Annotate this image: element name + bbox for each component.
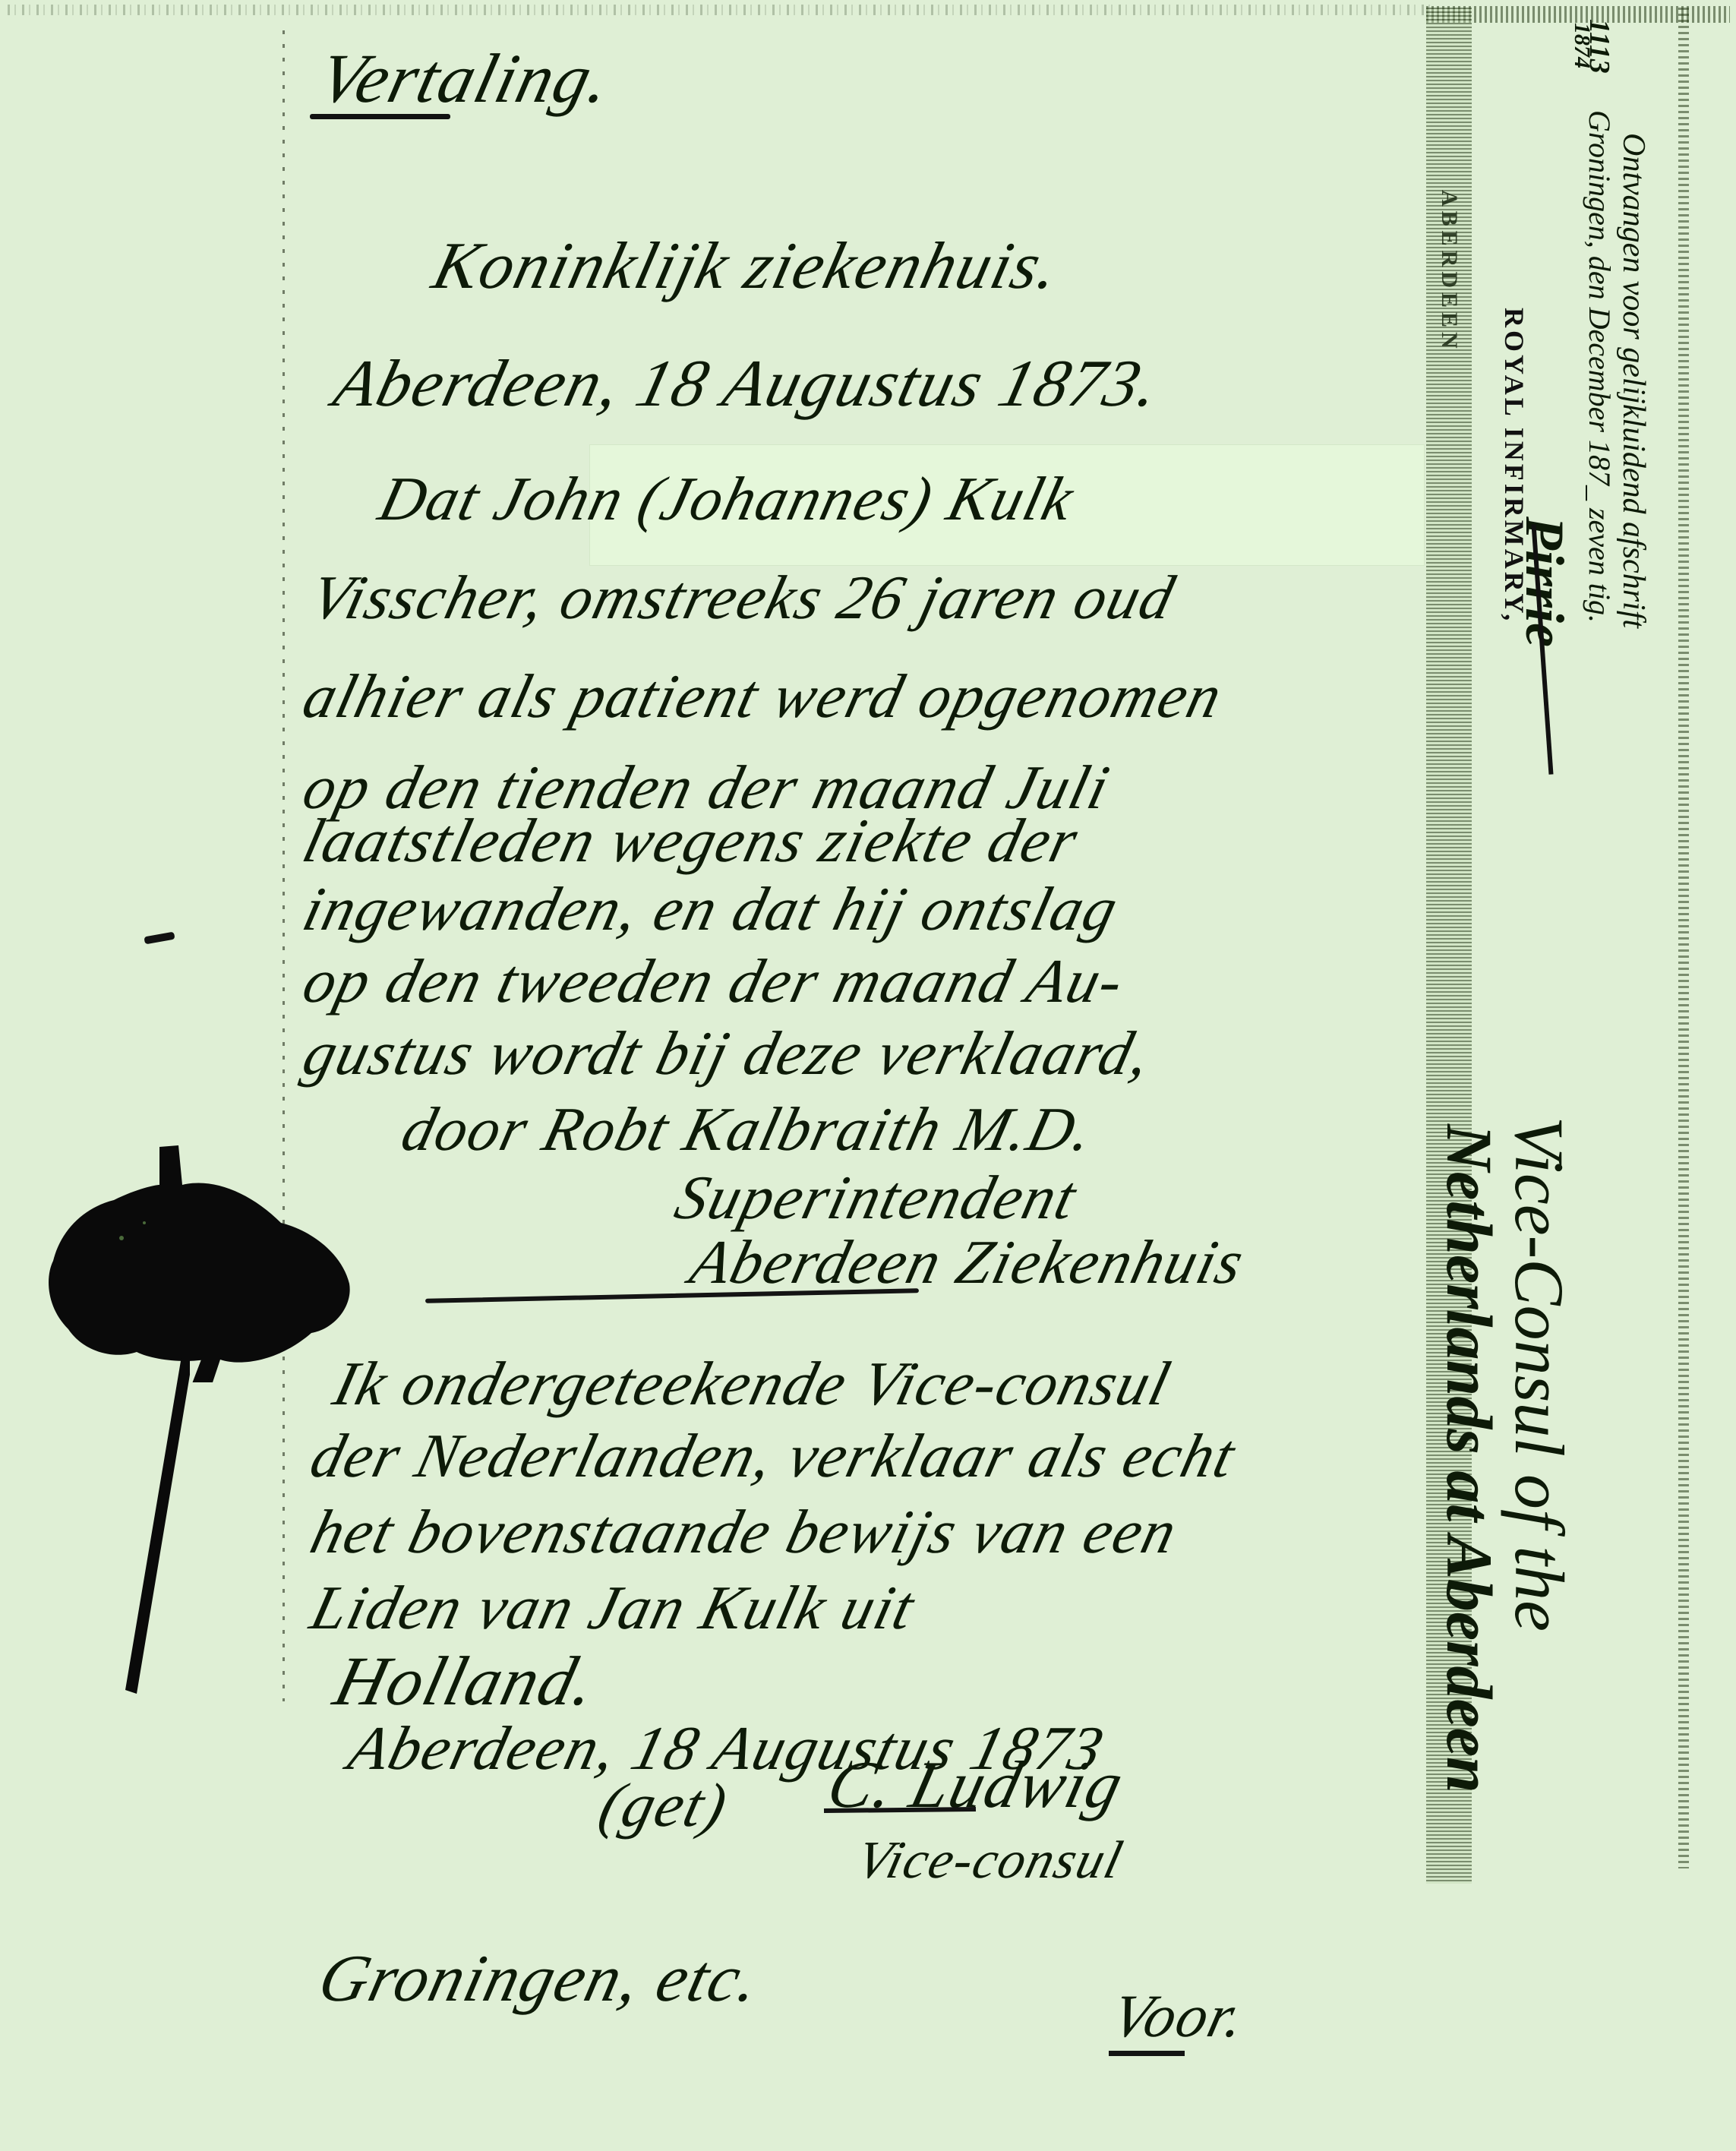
body-line-8: gustus wordt bij deze verklaard, xyxy=(296,1018,1159,1089)
document-title: Vertaling. xyxy=(311,38,620,118)
body-line-9: door Robt Kalbraith M.D. xyxy=(395,1094,1101,1165)
wax-seal-icon xyxy=(30,1132,365,1382)
footer-left: Groningen, etc. xyxy=(311,1941,769,2017)
signatory-title: Superintendent xyxy=(668,1162,1084,1233)
margin-note-line-2: Groningen, den December 187_ zeven tig. xyxy=(1582,110,1618,623)
body-line-6: ingewanden, en dat hij ontslag xyxy=(296,873,1125,945)
title-underline xyxy=(310,114,450,119)
footer-underline xyxy=(1109,2051,1185,2056)
body-line-5: laatstleden wegens ziekte der xyxy=(296,805,1086,877)
consul-line-5: Holland. xyxy=(327,1641,605,1721)
institution-header: Koninklijk ziekenhuis. xyxy=(425,228,1068,305)
consul-line-4: Liden van Jan Kulk uit xyxy=(304,1572,922,1644)
body-line-7: op den tweeden der maand Au- xyxy=(296,946,1132,1017)
consul-signature-prefix: (get) xyxy=(592,1770,735,1841)
letterhead-city: ABERDEEN xyxy=(1436,190,1462,353)
footer-right: Voor. xyxy=(1105,1982,1253,2052)
consul-endorsement-line-1: Vice-Consul of the xyxy=(1499,1117,1580,1631)
superintendent-signature: Pirrie xyxy=(1513,516,1576,647)
seal-ribbon-tail xyxy=(122,1352,190,1701)
consul-signature-title: Vice-consul xyxy=(851,1830,1129,1891)
place-date: Aberdeen, 18 Augustus 1873. xyxy=(327,346,1168,422)
strip-right-border xyxy=(1678,8,1689,1868)
left-fold-line xyxy=(282,30,285,1701)
margin-note-line-1: Ontvangen voor gelijkluidend afschrift xyxy=(1615,133,1652,628)
margin-dash-mark xyxy=(144,932,175,945)
body-line-3: alhier als patient werd opgenomen xyxy=(296,661,1230,732)
document-scan: Vertaling. Koninklijk ziekenhuis. Aberde… xyxy=(0,0,1736,2151)
consul-line-1: Ik ondergeteekende Vice-consul xyxy=(327,1348,1179,1420)
body-line-2: Visscher, omstreeks 26 jaren oud xyxy=(304,562,1182,633)
consul-line-3: het bovenstaande bewijs van een xyxy=(304,1496,1185,1568)
body-line-1: Dat John (Johannes) Kulk xyxy=(372,463,1082,535)
top-edge-speckle xyxy=(8,5,1435,15)
consul-endorsement-line-2: Netherlands at Aberdeen xyxy=(1431,1124,1507,1793)
signatory-institution: Aberdeen Ziekenhuis xyxy=(683,1227,1251,1298)
margin-reference-sub: 1874 xyxy=(1569,23,1595,68)
consul-line-2: der Nederlanden, verklaar als echt xyxy=(304,1420,1243,1492)
